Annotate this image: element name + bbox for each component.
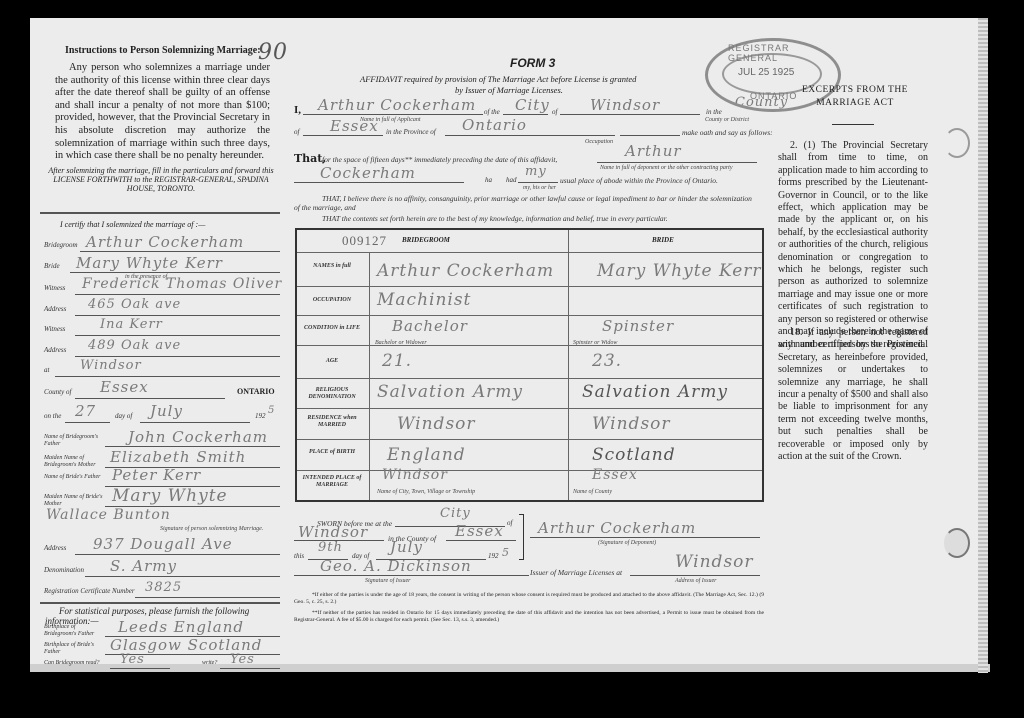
punch-hole-icon	[944, 128, 970, 158]
oath-text: make oath and say as follows:	[682, 128, 773, 137]
excerpt-section-2: 2. (1) The Provincial Secretary shall fr…	[778, 140, 928, 351]
groom-write-label: write?	[202, 660, 217, 666]
deponent-signature-line	[530, 537, 760, 538]
province-label: in the Province of	[386, 128, 436, 136]
groom-birthplace: England	[387, 445, 466, 465]
bride-value: Mary Whyte Kerr	[76, 254, 223, 272]
punch-hole-icon	[944, 528, 970, 558]
bride-father-label: Name of Bride's Father	[44, 474, 114, 481]
denomination-label: Denomination	[44, 566, 84, 574]
bride-intended-place: Essex	[592, 467, 638, 483]
officiant-signature-caption: Signature of person solemnizing Marriage…	[160, 526, 263, 532]
bridegroom-line	[80, 251, 280, 252]
groom-read-line	[110, 668, 170, 669]
denomination-value: S. Army	[110, 557, 177, 575]
table-row: RELIGIOUS DENOMINATION Salvation Army Sa…	[297, 378, 762, 379]
table-row: NAMES in full Arthur Cockerham Mary Whyt…	[297, 252, 762, 253]
page-bottom-edge	[30, 664, 990, 672]
groom-intended-place: Windsor	[382, 467, 448, 483]
of-the-label: of the	[484, 108, 500, 116]
occupation-line	[620, 135, 680, 136]
table-divider	[568, 230, 569, 500]
divider	[40, 212, 280, 214]
of2-label: of	[294, 128, 299, 136]
date-on-label: on the	[44, 412, 61, 420]
table-row: OCCUPATION Machinist	[297, 286, 762, 287]
excerpt-section-18: 18. If any person not registered with an…	[778, 327, 928, 463]
col-bridegroom: BRIDEGROOM	[402, 236, 450, 244]
row-label: RELIGIOUS DENOMINATION	[297, 387, 367, 401]
year-value: 5	[268, 405, 275, 416]
col-bride: BRIDE	[652, 236, 674, 244]
in-the-label: in the	[706, 108, 722, 116]
address2-value: 489 Oak ave	[88, 338, 181, 353]
day-value: 27	[75, 402, 96, 420]
county-line	[75, 398, 225, 399]
groom-read-value: Yes	[120, 652, 145, 667]
groom-father-birthplace-value: Leeds England	[118, 618, 244, 636]
at-value: Windsor	[80, 358, 142, 373]
groom-father-value: John Cockerham	[128, 428, 268, 446]
table-row: CONDITION in LIFE Bachelor Spinster Bach…	[297, 315, 762, 316]
my-caption: my, his or her	[523, 185, 556, 191]
table-divider	[369, 252, 370, 500]
reg-cert-value: 3825	[145, 580, 182, 595]
my-line	[518, 182, 558, 183]
bride-father-birthplace-label: Birthplace of Bride's Father	[44, 642, 104, 656]
place-type-line	[503, 114, 548, 115]
groom-write-line	[220, 668, 280, 669]
bride-father-value: Peter Kerr	[112, 466, 201, 484]
instructions-body: Any person who solemnizes a marriage und…	[55, 62, 270, 163]
county-name-line	[303, 135, 383, 136]
issuer-signature-caption: Signature of Issuer	[365, 578, 410, 584]
occupation-caption: Occupation	[585, 139, 613, 145]
ha-label: ha	[485, 176, 492, 184]
deponent-line-1	[597, 162, 757, 163]
bridegroom-label: Bridegroom	[44, 241, 78, 249]
row-label: RESIDENCE when MARRIED	[297, 415, 367, 429]
sworn-of-label: of	[507, 519, 512, 527]
affidavit-subtitle-1: AFFIDAVIT required by provision of The M…	[360, 74, 636, 84]
i-label: I,	[294, 104, 301, 116]
bride-label: Bride	[44, 262, 60, 270]
witness2-value: Ina Kerr	[100, 317, 163, 332]
groom-age: 21.	[382, 351, 412, 371]
county-name-value: Essex	[330, 117, 379, 135]
usual-abode-text: usual place of abode within the Province…	[560, 176, 718, 185]
month-value: July	[150, 402, 183, 420]
day-line	[65, 422, 110, 423]
ontario-label: ONTARIO	[237, 387, 275, 396]
affidavit-subtitle-2: by Issuer of Marriage Licenses.	[455, 85, 563, 95]
stamp-top-text: REGISTRAR GENERAL	[728, 43, 838, 63]
deponent-caption: Name in full of deponent or the other co…	[600, 165, 732, 171]
intended-county-caption: Name of County	[573, 489, 612, 495]
instructions-title: Instructions to Person Solemnizing Marri…	[65, 45, 261, 56]
sworn-month: July	[390, 538, 423, 556]
groom-occupation: Machinist	[377, 290, 471, 310]
sworn-county-line	[446, 540, 516, 541]
groom-mother-label: Maiden Name of Bridegroom's Mother	[44, 455, 114, 469]
groom-denomination: Salvation Army	[377, 382, 523, 402]
sworn-county: Essex	[455, 522, 504, 540]
bride-condition: Spinster	[602, 317, 674, 335]
dayof-label: day of	[115, 412, 132, 420]
contents-text: THAT the contents set forth herein are t…	[322, 214, 668, 223]
row-label: OCCUPATION	[297, 297, 367, 304]
address1-label: Address	[44, 305, 66, 313]
of-label: of	[552, 108, 557, 116]
groom-father-line	[105, 446, 280, 447]
divider	[40, 602, 280, 604]
groom-read-label: Can Bridegroom read?	[44, 660, 100, 666]
sworn-year: 5	[502, 546, 510, 559]
sworn-city: Windsor	[298, 523, 368, 541]
officiant-address-line	[75, 554, 280, 555]
address2-label: Address	[44, 346, 66, 354]
officiant-address-label: Address	[44, 544, 66, 552]
at-line	[55, 376, 280, 377]
bride-age: 23.	[592, 351, 622, 371]
city-value: Windsor	[590, 96, 660, 114]
certify-text: I certify that I solemnized the marriage…	[60, 220, 205, 229]
witness1-line	[75, 294, 280, 295]
stamp-date: JUL 25 1925	[738, 67, 794, 78]
excerpts-divider	[832, 124, 874, 125]
sworn-day: 9th	[318, 540, 343, 555]
issuer-address-caption: Address of Issuer	[675, 578, 716, 584]
form-title: FORM 3	[510, 56, 555, 70]
bride-mother-value: Mary Whyte	[112, 486, 228, 506]
footnote-2: **If neither of the parties has resided …	[294, 610, 764, 624]
witness2-line	[75, 335, 280, 336]
city-line	[560, 114, 700, 115]
reg-cert-line	[135, 597, 280, 598]
witness1-label: Witness	[44, 284, 65, 292]
deponent-line-2	[294, 182, 464, 183]
issuer-signature-line	[294, 575, 529, 576]
deponent-signature: Arthur Cockerham	[538, 519, 696, 537]
groom-father-label: Name of Bridegroom's Father	[44, 434, 114, 448]
officiant-address-value: 937 Dougall Ave	[93, 535, 233, 553]
province-line	[445, 135, 615, 136]
excerpts-title-2: MARRIAGE ACT	[790, 98, 920, 108]
bridegroom-value: Arthur Cockerham	[86, 233, 244, 251]
deponent-name-part2: Cockerham	[320, 164, 416, 182]
groom-name: Arthur Cockerham	[377, 261, 554, 281]
address1-line	[75, 315, 280, 316]
binding-edge	[978, 18, 988, 673]
sworn-brace	[519, 514, 524, 560]
address1-value: 465 Oak ave	[88, 297, 181, 312]
applicant-name: Arthur Cockerham	[318, 96, 476, 114]
groom-father-birthplace-label: Birthplace of Bridegroom's Father	[44, 624, 104, 638]
year-label: 192	[255, 412, 266, 420]
bride-mother-label: Maiden Name of Bride's Mother	[44, 494, 114, 508]
county-caption: County or District	[705, 117, 749, 123]
my-value: my	[525, 164, 547, 179]
row-label: NAMES in full	[297, 263, 367, 270]
place-type-value: City	[515, 96, 550, 114]
reg-cert-label: Registration Certificate Number	[44, 587, 135, 595]
sworn-place-type: City	[440, 506, 471, 521]
table-row: INTENDED PLACE of MARRIAGE Windsor Essex…	[297, 470, 762, 471]
affinity-text: THAT, I believe there is no affinity, co…	[294, 194, 759, 212]
bride-name: Mary Whyte Kerr	[597, 261, 762, 281]
witness2-label: Witness	[44, 325, 65, 333]
month-line	[140, 422, 250, 423]
witness1-value: Frederick Thomas Oliver	[82, 276, 282, 292]
sworn-this-label: this	[294, 552, 304, 560]
row-label: PLACE of BIRTH	[297, 449, 367, 456]
issuer-label: Issuer of Marriage Licenses at	[530, 568, 622, 577]
address2-line	[75, 356, 280, 357]
issuer-address-line	[630, 575, 760, 576]
issuer-address: Windsor	[675, 552, 754, 572]
at-label: at	[44, 366, 49, 374]
denomination-line	[85, 576, 280, 577]
province-value: Ontario	[462, 116, 527, 134]
had-label: had	[506, 176, 517, 184]
groom-write-value: Yes	[230, 652, 255, 667]
bride-denomination: Salvation Army	[582, 382, 728, 402]
groom-mother-value: Elizabeth Smith	[110, 448, 246, 466]
footnote-1: *If either of the parties is under the a…	[294, 592, 764, 606]
row-label: AGE	[297, 358, 367, 365]
row-label: INTENDED PLACE of MARRIAGE	[297, 475, 367, 489]
table-row: RESIDENCE when MARRIED Windsor Windsor	[297, 408, 762, 409]
table-row: PLACE of BIRTH England Scotland	[297, 439, 762, 440]
serial-number: 009127	[342, 233, 387, 249]
table-row: AGE 21. 23.	[297, 345, 762, 346]
intended-city-caption: Name of City, Town, Village or Township	[377, 489, 475, 495]
county-label: County of	[44, 388, 71, 396]
applicant-line	[303, 114, 483, 115]
after-text: After solemnizing the marriage, fill in …	[45, 166, 277, 193]
groom-condition: Bachelor	[392, 317, 468, 335]
officiant-signature: Wallace Bunton	[46, 507, 171, 523]
deponent-signature-caption: (Signature of Deponent)	[598, 540, 656, 546]
bride-residence: Windsor	[592, 414, 671, 434]
fifteen-days-text: for the space of fifteen days** immediat…	[322, 155, 557, 164]
county-value: Essex	[100, 378, 149, 396]
row-label: CONDITION in LIFE	[297, 325, 367, 332]
issuer-signature: Geo. A. Dickinson	[320, 557, 472, 575]
groom-residence: Windsor	[397, 414, 476, 434]
sworn-year-label: 192	[488, 552, 499, 560]
bride-birthplace: Scotland	[592, 445, 676, 465]
particulars-table: 009127 BRIDEGROOM BRIDE NAMES in full Ar…	[295, 228, 764, 502]
deponent-name-part1: Arthur	[625, 142, 682, 160]
excerpts-title-1: EXCERPTS FROM THE	[790, 85, 920, 95]
bride-line	[70, 272, 280, 273]
